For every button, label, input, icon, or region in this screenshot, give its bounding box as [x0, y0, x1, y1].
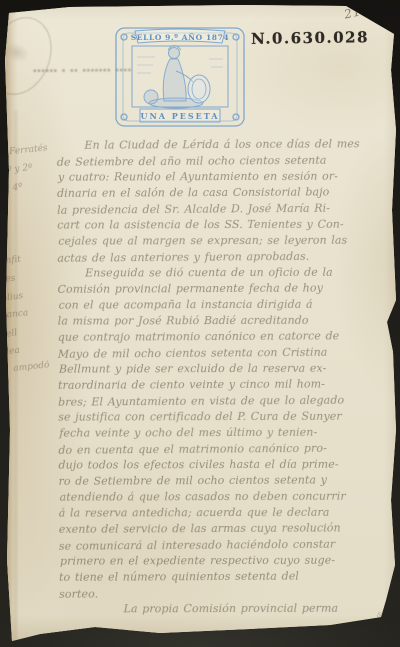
- stamp-top-banner-text: SELLO 9.º AÑO 1874: [131, 33, 230, 42]
- manuscript-line: to tiene el número quinientos setenta de…: [59, 568, 395, 586]
- manuscript-body: En la Ciudad de Lérida á los once días d…: [57, 136, 396, 618]
- manuscript-line: cejales que al margen se expresan; se le…: [58, 232, 394, 249]
- manuscript-line: á la reserva antedicha; acuerda que le d…: [59, 504, 395, 521]
- manuscript-line: dinaria en el salón de la casa Consistor…: [57, 184, 393, 202]
- manuscript-line: La propia Comisión provincial perma: [59, 600, 395, 617]
- manuscript-line: Enseguida se dió cuenta de un oficio de …: [57, 264, 393, 281]
- manuscript-line: Comisión provincial permanente fecha de …: [57, 280, 393, 298]
- manuscript-line: cart con la asistencia de los SS. Tenien…: [57, 216, 393, 233]
- stamp-bottom-banner-text: UNA PESETA: [141, 111, 220, 121]
- manuscript-line: Bellmunt y pide ser excluido de la reser…: [59, 360, 395, 377]
- manuscript-line: la misma por José Rubió Badié acreditand…: [58, 312, 394, 329]
- manuscript-line: se justifica con certificado del P. Cura…: [58, 408, 394, 425]
- revenue-stamp: SELLO 9.º AÑO 1874 UNA PESETA: [113, 25, 247, 129]
- manuscript-line: y cuatro: Reunido el Ayuntamiento en ses…: [58, 168, 394, 185]
- document-page: ▪▪▪▪▪▪ ▪ ▪▪ ▪▪▪▪▪▪▪ ▪▪▪▪: [0, 0, 400, 647]
- hispania-figure: [137, 46, 223, 109]
- manuscript-line: fecha veinte y ocho del mes último y ten…: [59, 424, 395, 441]
- revenue-stamp-graphic: SELLO 9.º AÑO 1874 UNA PESETA: [113, 25, 247, 129]
- manuscript-line: primero en el expediente respectivo cuyo…: [60, 552, 396, 569]
- manuscript-line: exento del servicio de las armas cuya re…: [59, 520, 395, 538]
- manuscript-line: ro de Setiembre de mil ocho cientos sete…: [59, 472, 395, 490]
- faint-oval-stamp: [0, 8, 63, 105]
- manuscript-line: dujo todos los efectos civiles hasta el …: [58, 456, 394, 473]
- serial-number: N.0.630.028: [251, 28, 369, 48]
- manuscript-line: traordinaria de ciento veinte y cinco mi…: [58, 376, 394, 394]
- manuscript-line: atendiendo á que los casados no deben co…: [60, 488, 396, 505]
- manuscript-line: que contrajo matrimonio canónico en cato…: [58, 328, 394, 346]
- manuscript-line: con el que acompaña la instancia dirigid…: [59, 296, 395, 313]
- manuscript-line: En la Ciudad de Lérida á los once días d…: [57, 136, 393, 154]
